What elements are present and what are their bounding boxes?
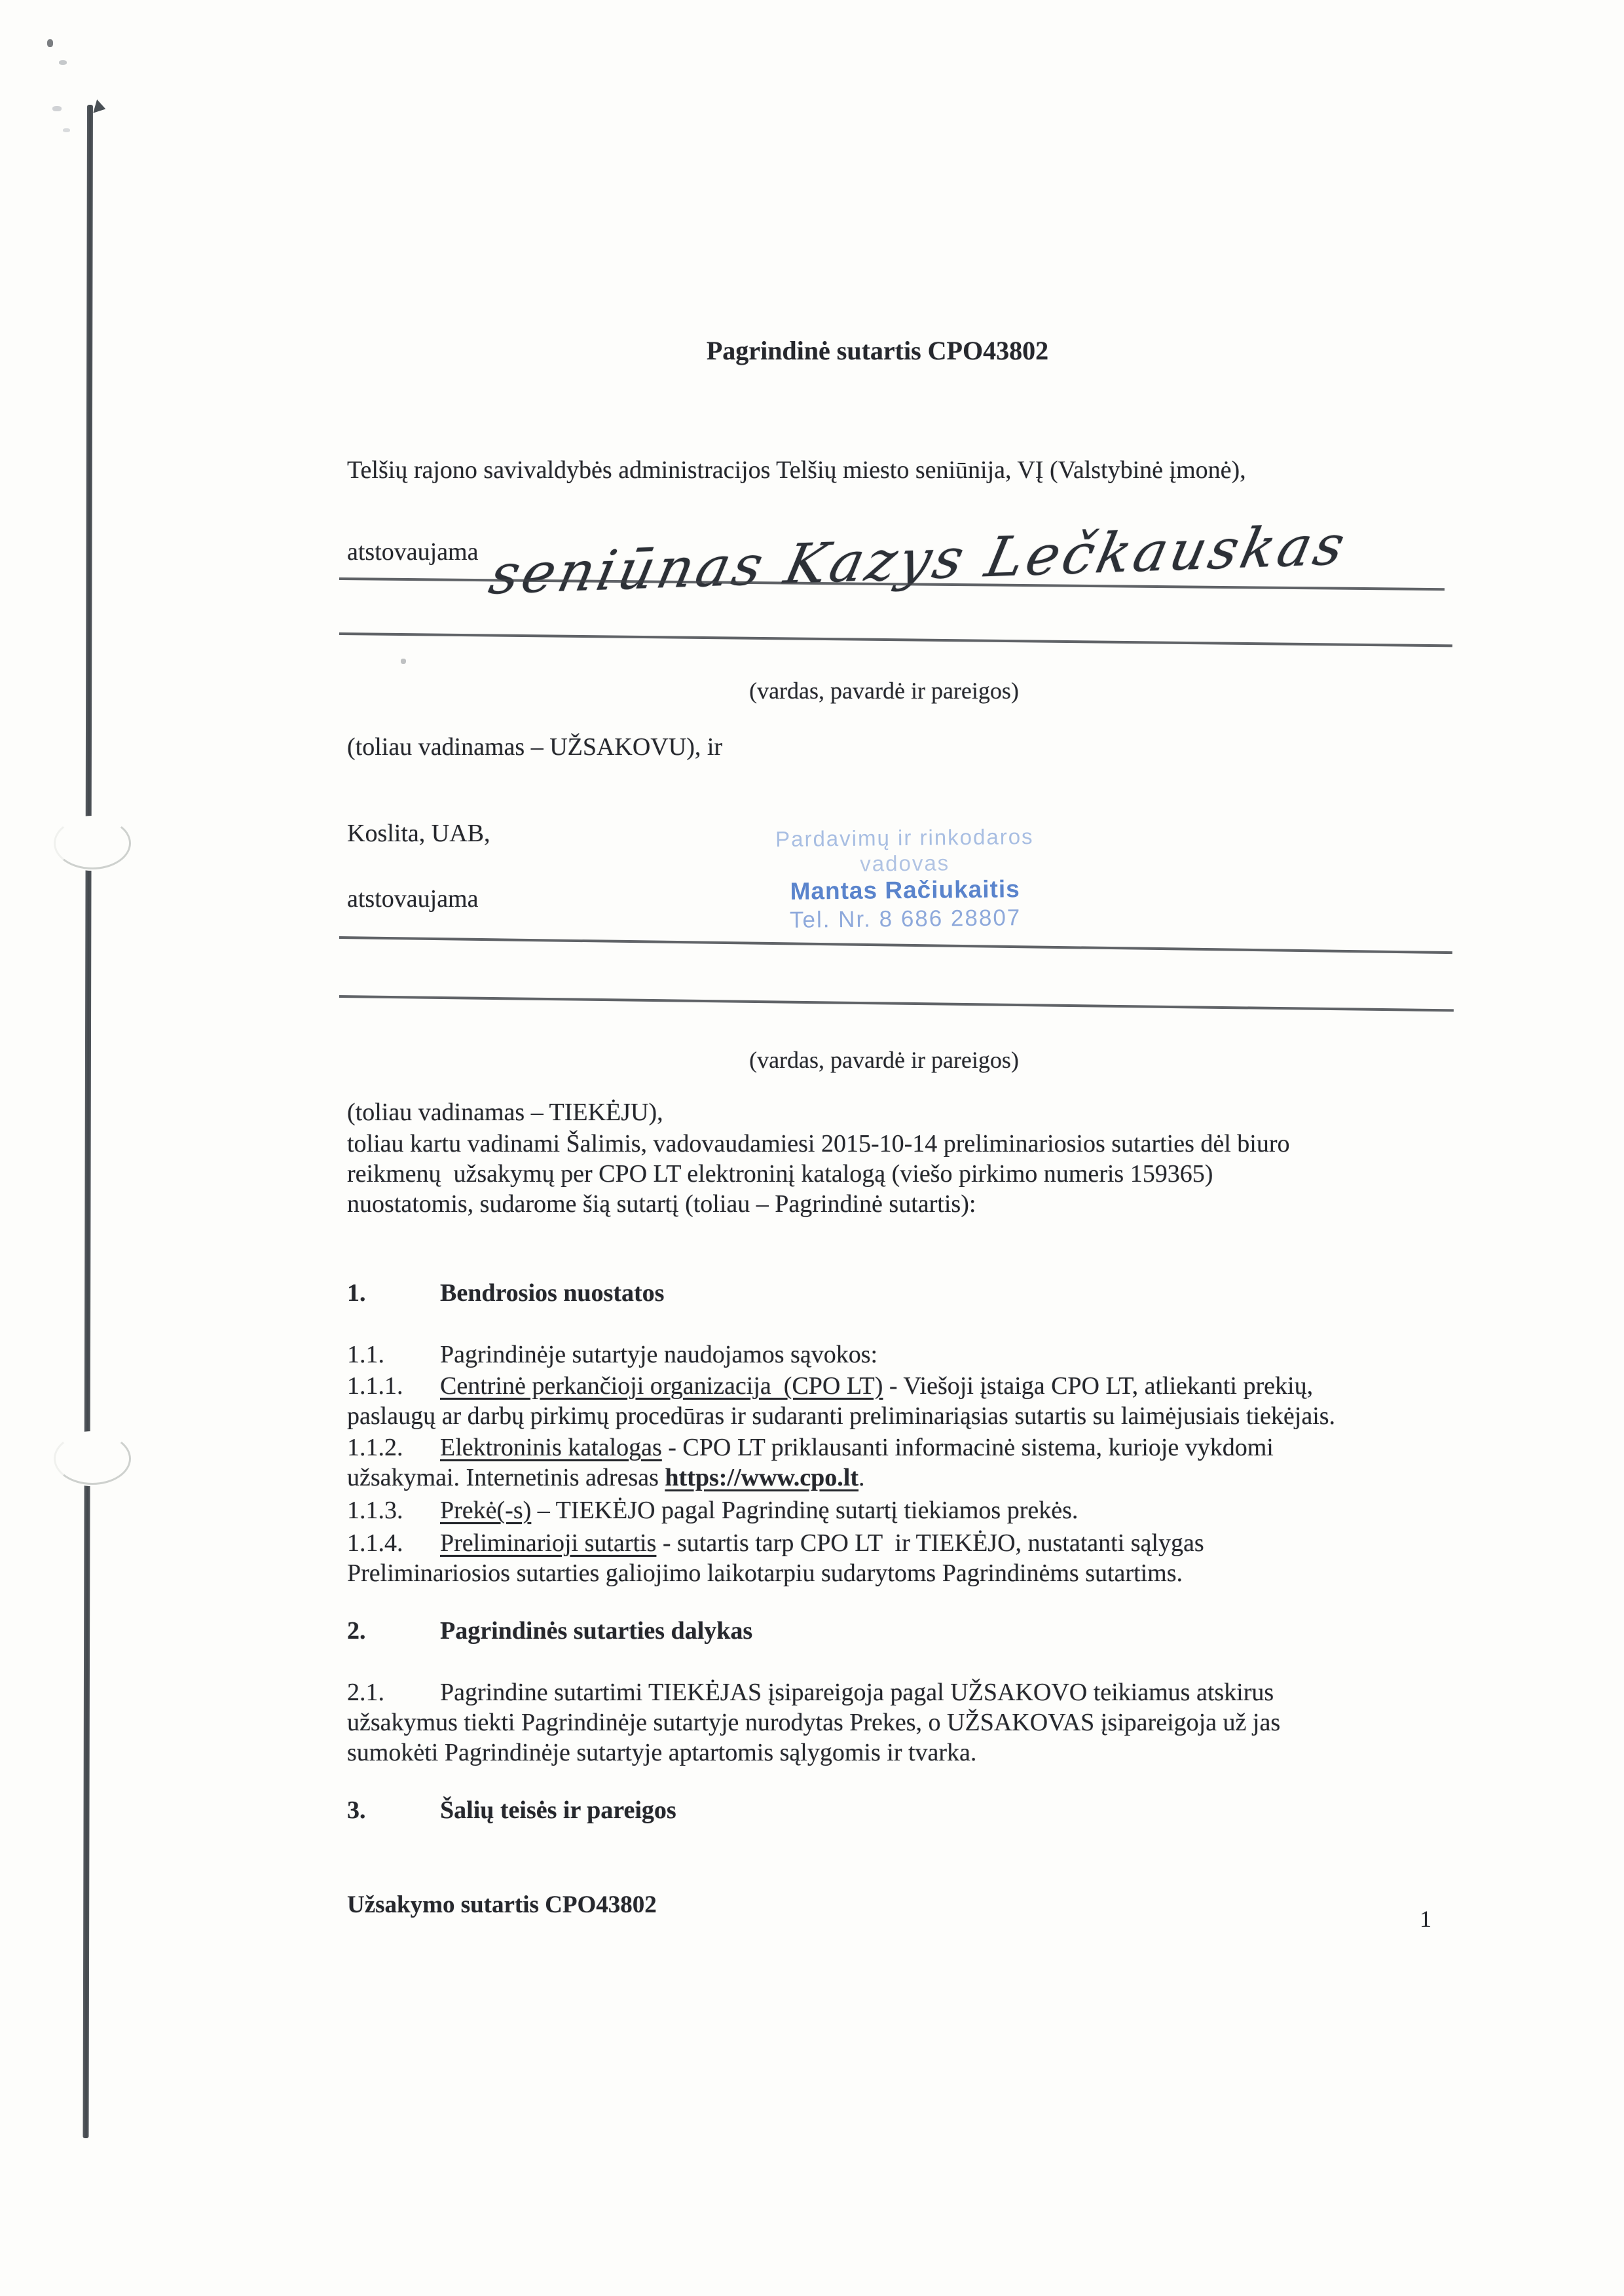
punch-hole-bottom <box>52 1431 132 1486</box>
stamp-person-name: Mantas Račiukaitis <box>728 874 1082 907</box>
scan-speck <box>47 39 53 47</box>
stamp-role-line-1: Pardavimų ir rinkodaros <box>728 823 1081 853</box>
clause-1-1-4: 1.1.4.Preliminarioji sutartis - sutartis… <box>347 1528 1204 1558</box>
footer-contract-id: Užsakymo sutartis CPO43802 <box>347 1891 657 1919</box>
clause-1-1-2-wrap: užsakymai. Internetinis adresas https://… <box>347 1463 864 1493</box>
scan-edge-line <box>83 105 93 2138</box>
scan-speck <box>59 60 67 65</box>
section-1-heading: 1.Bendrosios nuostatos <box>347 1278 664 1308</box>
clause-1-1-2-term: Elektroninis katalogas <box>440 1434 662 1461</box>
clause-1-1-2-wrap-post: . <box>858 1464 865 1491</box>
punch-hole-top <box>52 816 132 871</box>
section-2-number: 2. <box>347 1616 440 1646</box>
stamp-phone: Tel. Nr. 8 686 28807 <box>728 903 1082 936</box>
clause-1-1-text: Pagrindinėje sutartyje naudojamos sąvoko… <box>440 1341 877 1368</box>
page-number: 1 <box>1420 1905 1431 1933</box>
section-2-title: Pagrindinės sutarties dalykas <box>440 1617 752 1645</box>
joint-paragraph-line: reikmenų užsakymų per CPO LT elektroninį… <box>347 1159 1213 1189</box>
clause-2-1: 2.1.Pagrindine sutartimi TIEKĖJAS įsipar… <box>347 1677 1274 1707</box>
clause-1-1-1-text: - Viešoji įstaiga CPO LT, atliekanti pre… <box>883 1372 1313 1400</box>
signature-line <box>339 632 1452 647</box>
clause-1-1-3-text: – TIEKĖJO pagal Pagrindinę sutartį tieki… <box>531 1497 1078 1524</box>
tiekejas-atstovaujama-label: atstovaujama <box>347 884 478 914</box>
clause-1-1-2-text: - CPO LT priklausanti informacinė sistem… <box>662 1434 1274 1461</box>
signature-line <box>339 995 1454 1011</box>
uzsakovas-atstovaujama-label: atstovaujama <box>347 537 478 567</box>
clause-1-1-3: 1.1.3.Prekė(-s) – TIEKĖJO pagal Pagrindi… <box>347 1495 1078 1525</box>
clause-1-1-2: 1.1.2.Elektroninis katalogas - CPO LT pr… <box>347 1432 1274 1463</box>
clause-1-1-1-term: Centrinė perkančioji organizacija (CPO L… <box>440 1372 883 1400</box>
scan-speck <box>63 128 70 132</box>
supplier-stamp: Pardavimų ir rinkodaros vadovas Mantas R… <box>728 823 1082 936</box>
uzsakovas-handwritten-signature: seniūnas Kazys Lečkauskas <box>484 513 1354 606</box>
clause-1-1-2-number: 1.1.2. <box>347 1432 440 1463</box>
joint-paragraph-line: nuostatomis, sudarome šią sutartį (tolia… <box>347 1189 976 1219</box>
joint-paragraph-line: toliau kartu vadinami Šalimis, vadovauda… <box>347 1129 1290 1159</box>
uzsakovas-field-caption: (vardas, pavardė ir pareigos) <box>327 676 1441 706</box>
scan-speck <box>401 659 406 664</box>
cpo-url-link: https://www.cpo.lt <box>665 1464 858 1491</box>
clause-2-1-line1: Pagrindine sutartimi TIEKĖJAS įsipareigo… <box>440 1679 1274 1706</box>
document-title: Pagrindinė sutartis CPO43802 <box>327 335 1428 366</box>
clause-1-1-4-number: 1.1.4. <box>347 1528 440 1558</box>
section-1-title: Bendrosios nuostatos <box>440 1279 664 1307</box>
scan-edge-line-tip <box>90 98 106 113</box>
uzsakovas-alias: (toliau vadinamas – UŽSAKOVU), ir <box>347 732 722 762</box>
scanned-contract-page: Pagrindinė sutartis CPO43802 Telšių rajo… <box>0 0 1624 2296</box>
clause-1-1-3-number: 1.1.3. <box>347 1495 440 1525</box>
clause-1-1-2-wrap-pre: užsakymai. Internetinis adresas <box>347 1464 665 1491</box>
section-2-heading: 2.Pagrindinės sutarties dalykas <box>347 1616 752 1646</box>
section-1-number: 1. <box>347 1278 440 1308</box>
tiekejas-alias: (toliau vadinamas – TIEKĖJU), <box>347 1097 663 1127</box>
section-3-title: Šalių teisės ir pareigos <box>440 1796 676 1824</box>
section-3-number: 3. <box>347 1795 440 1825</box>
clause-1-1: 1.1.Pagrindinėje sutartyje naudojamos są… <box>347 1339 877 1370</box>
clause-1-1-3-term: Prekė(-s) <box>440 1497 531 1524</box>
clause-2-1-number: 2.1. <box>347 1677 440 1707</box>
clause-1-1-1-number: 1.1.1. <box>347 1371 440 1401</box>
uzsakovas-intro: Telšių rajono savivaldybės administracij… <box>347 455 1246 485</box>
signature-line <box>339 936 1452 954</box>
tiekejas-field-caption: (vardas, pavardė ir pareigos) <box>327 1045 1441 1075</box>
clause-1-1-4-text: - sutartis tarp CPO LT ir TIEKĖJO, nusta… <box>656 1529 1204 1557</box>
clause-2-1-wrap: užsakymus tiekti Pagrindinėje sutartyje … <box>347 1707 1280 1738</box>
clause-1-1-number: 1.1. <box>347 1339 440 1370</box>
clause-1-1-4-term: Preliminarioji sutartis <box>440 1529 656 1557</box>
tiekejas-company: Koslita, UAB, <box>347 818 490 848</box>
clause-1-1-1: 1.1.1.Centrinė perkančioji organizacija … <box>347 1371 1313 1401</box>
clause-1-1-1-wrap: paslaugų ar darbų pirkimų procedūras ir … <box>347 1401 1335 1431</box>
clause-2-1-wrap: sumokėti Pagrindinėje sutartyje aptartom… <box>347 1738 976 1768</box>
stamp-role-line-2: vadovas <box>728 849 1082 878</box>
scan-speck <box>52 106 62 111</box>
clause-1-1-4-wrap: Preliminariosios sutarties galiojimo lai… <box>347 1558 1183 1588</box>
section-3-heading: 3.Šalių teisės ir pareigos <box>347 1795 676 1825</box>
